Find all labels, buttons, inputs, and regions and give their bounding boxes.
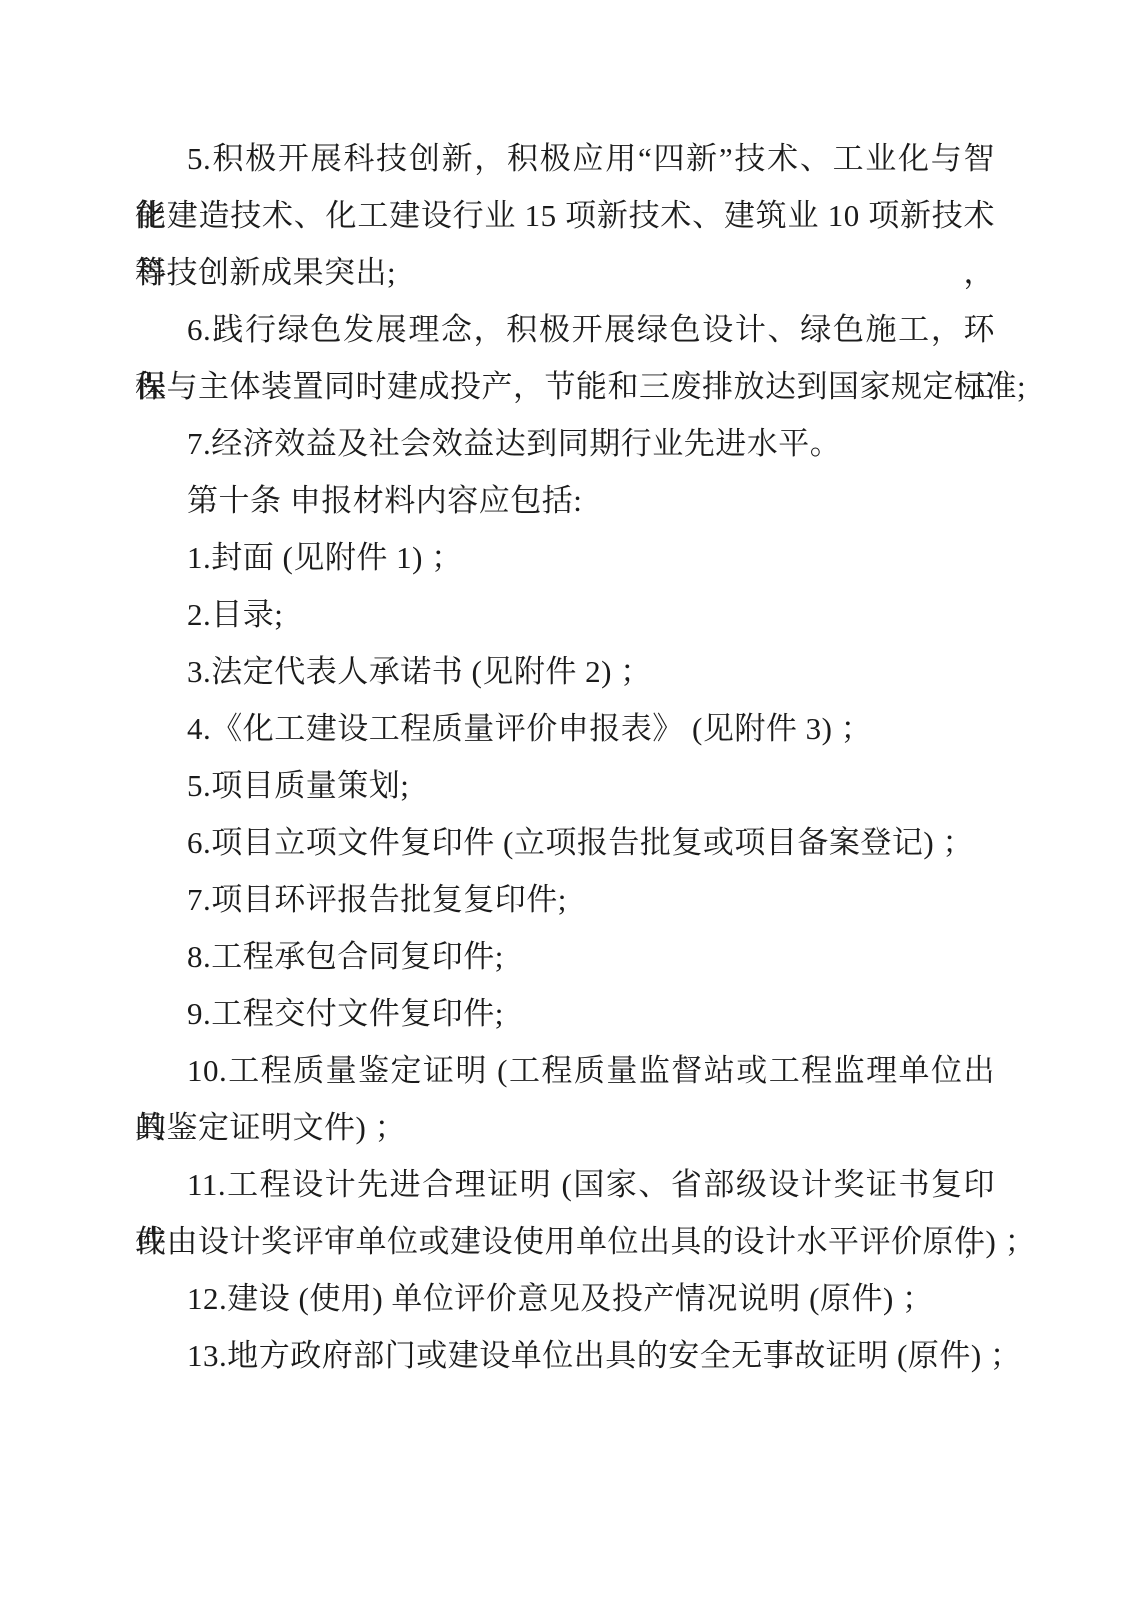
text-line: 的鉴定证明文件) ； [135, 1099, 995, 1156]
document-text-body: 5.积极开展科技创新，积极应用“四新”技术、工业化与智能化建造技术、化工建设行业… [135, 130, 995, 1384]
text-line: 1.封面 (见附件 1) ； [135, 529, 995, 586]
text-line: 13.地方政府部门或建设单位出具的安全无事故证明 (原件) ； [135, 1327, 995, 1384]
text-line: 3.法定代表人承诺书 (见附件 2) ； [135, 643, 995, 700]
text-line: 6.践行绿色发展理念，积极开展绿色设计、绿色施工，环保工 [135, 301, 995, 358]
text-line: 11.工程设计先进合理证明 (国家、省部级设计奖证书复印件， [135, 1156, 995, 1213]
text-line: 或由设计奖评审单位或建设使用单位出具的设计水平评价原件) ； [135, 1213, 995, 1270]
text-line: 7.项目环评报告批复复印件; [135, 871, 995, 928]
text-line: 5.项目质量策划; [135, 757, 995, 814]
text-line: 10.工程质量鉴定证明 (工程质量监督站或工程监理单位出具 [135, 1042, 995, 1099]
document-page: 5.积极开展科技创新，积极应用“四新”技术、工业化与智能化建造技术、化工建设行业… [0, 0, 1131, 1600]
text-line: 5.积极开展科技创新，积极应用“四新”技术、工业化与智能 [135, 130, 995, 187]
text-line: 第十条 申报材料内容应包括: [135, 472, 995, 529]
text-line: 4.《化工建设工程质量评价申报表》 (见附件 3) ； [135, 700, 995, 757]
text-line: 6.项目立项文件复印件 (立项报告批复或项目备案登记) ； [135, 814, 995, 871]
text-line: 9.工程交付文件复印件; [135, 985, 995, 1042]
text-line: 化建造技术、化工建设行业 15 项新技术、建筑业 10 项新技术等， [135, 187, 995, 244]
text-line: 2.目录; [135, 586, 995, 643]
text-line: 7.经济效益及社会效益达到同期行业先进水平。 [135, 415, 995, 472]
text-line: 程与主体装置同时建成投产，节能和三废排放达到国家规定标准; [135, 358, 995, 415]
text-line: 12.建设 (使用) 单位评价意见及投产情况说明 (原件) ； [135, 1270, 995, 1327]
text-line: 8.工程承包合同复印件; [135, 928, 995, 985]
